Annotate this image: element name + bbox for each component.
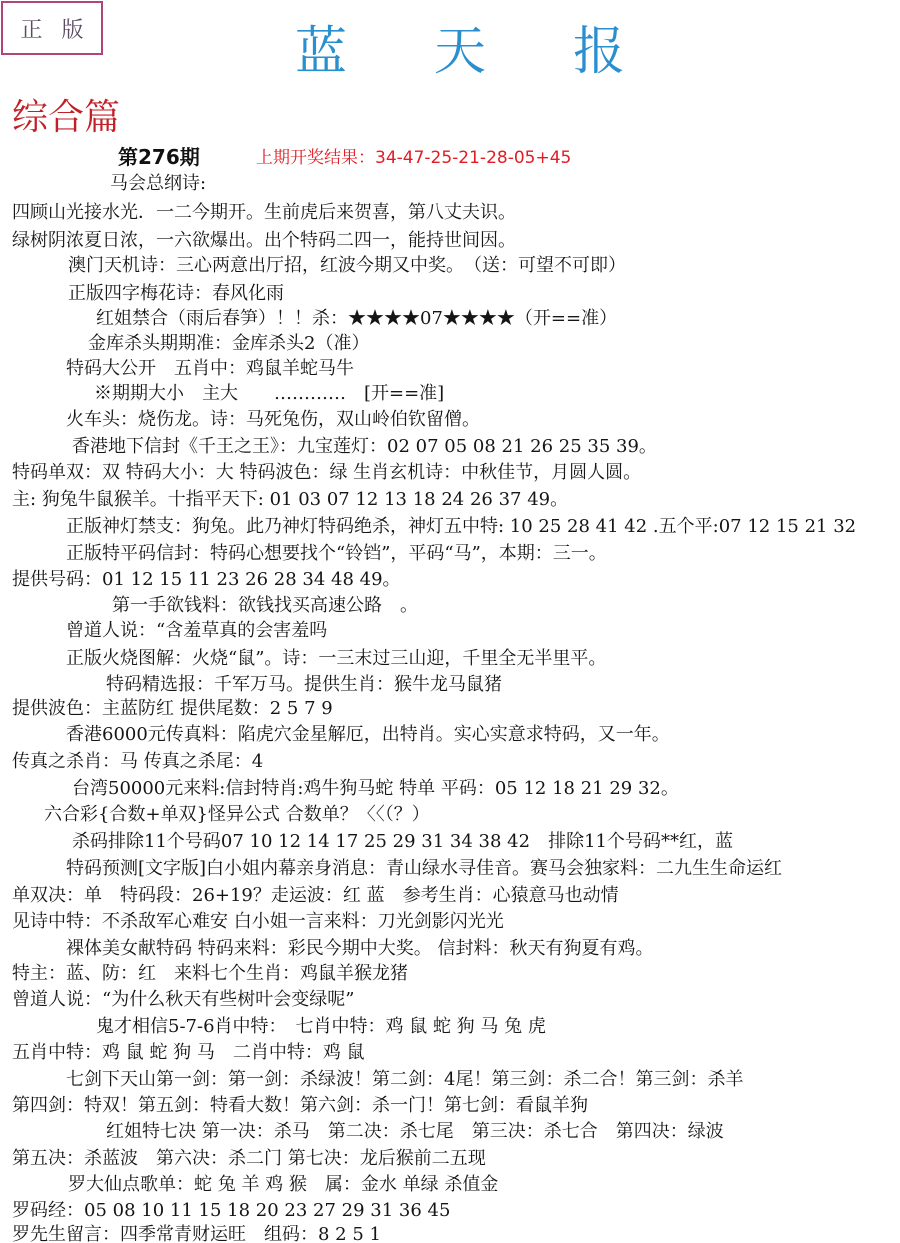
content-line: 正版四字梅花诗：春风化雨 <box>68 282 284 306</box>
content-line: 红姐禁合（雨后春笋）！！杀：★★★★07★★★★（开==准） <box>96 307 617 331</box>
content-line: 罗先生留言：四季常青财运旺 组码：8 2 5 1 <box>12 1223 381 1243</box>
title-char-1: 蓝 <box>295 22 347 82</box>
content-line: 特码精选报：千军万马。提供生肖：猴牛龙马鼠猪 <box>106 673 502 697</box>
content-line: 红姐特七决 第一决：杀马 第二决：杀七尾 第三决：杀七合 第四决：绿波 <box>106 1120 724 1144</box>
content-line: 四顾山光接水光．一二今期开。生前虎后来贺喜，第八丈夫识。 <box>12 201 516 225</box>
content-line: 七剑下天山第一剑：第一剑：杀绿波！第二剑：4尾！第三剑：杀二合！第三剑：杀羊 <box>66 1068 743 1092</box>
content-line: 正版火烧图解：火烧“鼠”。诗：一三末过三山迎，千里全无半里平。 <box>66 647 606 671</box>
content-line: 第一手欲钱料：欲钱找买高速公路 。 <box>112 594 418 618</box>
content-line: 单双决：单 特码段：26+19？走运波：红 蓝 参考生肖：心猿意马也动情 <box>12 884 619 908</box>
content-line: 澳门天机诗：三心两意出厅招，红波今期又中奖。 （送：可望不可即） <box>68 254 626 278</box>
title-char-2: 天 <box>434 22 486 82</box>
content-line: ※期期大小 主大 ………… [开==准] <box>94 382 444 406</box>
content-line: 特码预测[文字版]白小姐内幕亲身消息：青山绿水寻佳音。赛马会独家料：二九生生命运… <box>66 857 782 881</box>
content-line: 见诗中特：不杀敌军心难安 白小姐一言来料：刀光剑影闪光光 <box>12 910 504 934</box>
content-line: 第四剑：特双！第五剑：特看大数！第六剑：杀一门！第七剑：看鼠羊狗 <box>12 1094 588 1118</box>
page-title: 蓝 天 报 <box>295 22 625 82</box>
content-line: 六合彩{合数+单双}怪异公式 合数单？〈〈（？） <box>44 803 430 827</box>
content-line: 主: 狗兔牛鼠猴羊。十指平天下: 01 03 07 12 13 18 24 26… <box>12 488 568 512</box>
section-title: 综合篇 <box>12 96 120 140</box>
content-line: 罗大仙点歌单：蛇 兔 羊 鸡 猴 属：金水 单绿 杀值金 <box>68 1173 498 1197</box>
content-line: 火车头：烧伤龙。诗：马死兔伤，双山岭伯钦留僧。 <box>66 408 480 432</box>
content-line: 台湾50000元来料:信封特肖:鸡牛狗马蛇 特单 平码：05 12 18 21 … <box>72 777 679 801</box>
content-line: 马会总纲诗: <box>110 172 206 196</box>
content-line: 提供号码：01 12 15 11 23 26 28 34 48 49。 <box>12 568 401 592</box>
issue-number: 第276期 <box>118 144 200 170</box>
content-line: 裸体美女献特码 特码来料：彩民今期中大奖。 信封料：秋天有狗夏有鸡。 <box>66 937 653 961</box>
content-line: 特主：蓝、防：红 来料七个生肖：鸡鼠羊猴龙猪 <box>12 962 408 986</box>
content-line: 特码单双：双 特码大小：大 特码波色：绿 生肖玄机诗：中秋佳节，月圆人圆。 <box>12 461 641 485</box>
title-char-3: 报 <box>573 22 625 82</box>
content-line: 罗码经：05 08 10 11 15 18 20 23 27 29 31 36 … <box>12 1199 450 1223</box>
content-line: 第五决：杀蓝波 第六决：杀二门 第七决：龙后猴前二五现 <box>12 1147 486 1171</box>
badge-char-1: 正 <box>20 13 42 44</box>
authentic-edition-badge: 正 版 <box>1 1 103 55</box>
content-line: 曾道人说：“为什么秋天有些树叶会变绿呢” <box>12 988 354 1012</box>
content-line: 鬼才相信5-7-6肖中特： 七肖中特：鸡 鼠 蛇 狗 马 兔 虎 <box>96 1015 546 1039</box>
content-line: 提供波色：主蓝防红 提供尾数：2 5 7 9 <box>12 697 333 721</box>
content-line: 传真之杀肖：马 传真之杀尾：4 <box>12 750 263 774</box>
content-line: 绿树阴浓夏日浓，一六欲爆出。出个特码二四一，能持世间因。 <box>12 229 516 253</box>
content-line: 特码大公开 五肖中：鸡鼠羊蛇马牛 <box>66 357 354 381</box>
content-line: 曾道人说：“含羞草真的会害羞吗 <box>66 619 327 643</box>
content-line: 正版特平码信封：特码心想要找个“铃铛”，平码“马”，本期：三一。 <box>66 542 607 566</box>
badge-char-2: 版 <box>61 13 83 44</box>
last-draw-result: 上期开奖结果：34-47-25-21-28-05+45 <box>256 146 571 170</box>
content-line: 香港地下信封《千王之王》：九宝莲灯：02 07 05 08 21 26 25 3… <box>72 435 657 459</box>
content-line: 杀码排除11个号码07 10 12 14 17 25 29 31 34 38 4… <box>72 830 733 854</box>
content-line: 正版神灯禁支：狗兔。此乃神灯特码绝杀，神灯五中特: 10 25 28 41 42… <box>66 515 856 539</box>
content-line: 五肖中特：鸡 鼠 蛇 狗 马 二肖中特：鸡 鼠 <box>12 1041 365 1065</box>
content-line: 香港6000元传真料：陷虎穴金星解厄，出特肖。实心实意求特码，又一年。 <box>66 723 670 747</box>
content-line: 金库杀头期期准：金库杀头2（准） <box>88 332 369 356</box>
